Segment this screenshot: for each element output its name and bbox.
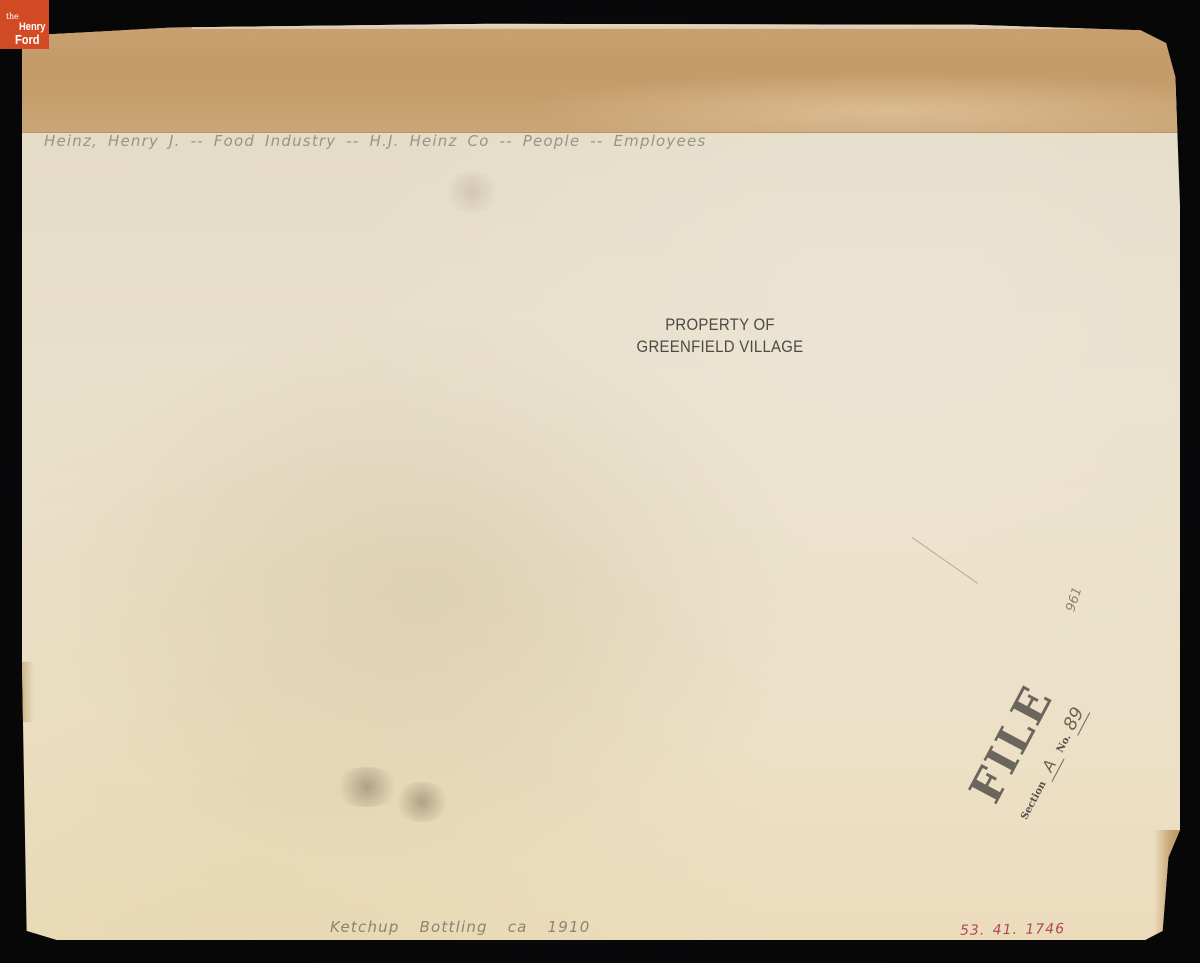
accession-number: 53. 41. 1746 bbox=[960, 921, 1065, 939]
logo-ford: Ford bbox=[15, 32, 40, 47]
caption-note: Ketchup Bottling ca 1910 bbox=[330, 918, 591, 936]
smudge bbox=[392, 782, 452, 822]
number-value: 89 bbox=[1058, 702, 1090, 736]
henry-ford-logo[interactable]: the Henry Ford bbox=[0, 0, 49, 49]
logo-the: the bbox=[6, 12, 19, 21]
subject-heading-note: Heinz, Henry J. -- Food Industry -- H.J.… bbox=[44, 132, 706, 150]
stamp-line-2: GREENFIELD VILLAGE bbox=[632, 336, 808, 358]
section-label: Section bbox=[1019, 779, 1048, 821]
number-label: No. bbox=[1055, 733, 1074, 755]
smudge bbox=[442, 172, 502, 212]
property-stamp: PROPERTY OF GREENFIELD VILLAGE bbox=[632, 314, 808, 358]
section-value: A bbox=[1034, 749, 1064, 782]
tape-strip bbox=[22, 22, 1180, 133]
stamp-line-1: PROPERTY OF bbox=[632, 314, 808, 336]
edge-tear bbox=[22, 662, 34, 722]
